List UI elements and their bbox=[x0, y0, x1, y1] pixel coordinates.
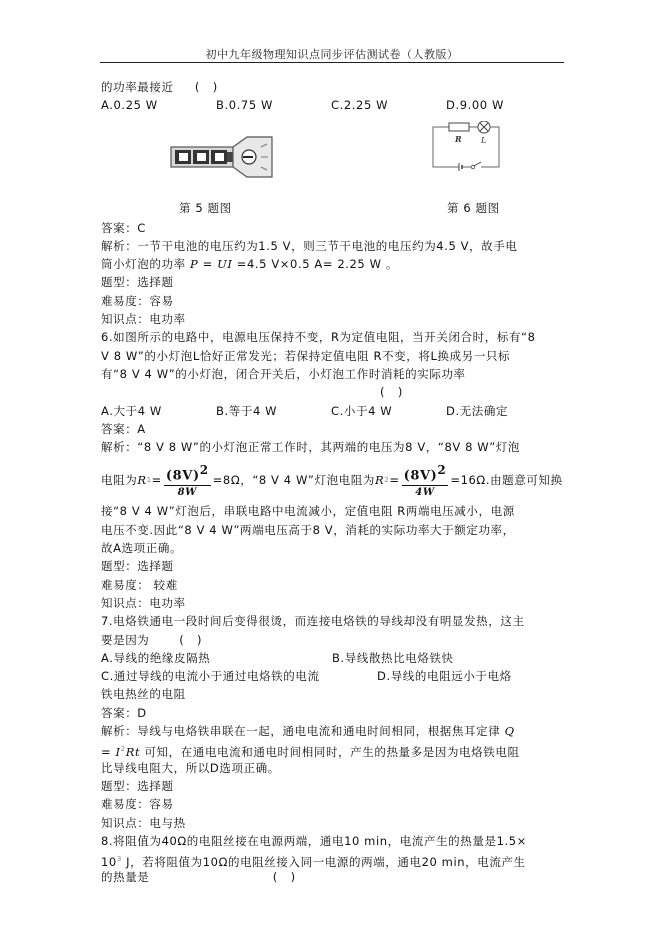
figure-6-caption: 第 6 题图 bbox=[447, 199, 500, 217]
q5-options: A.0.25 W B.0.75 W C.2.25 W D.9.00 W bbox=[101, 96, 563, 114]
fraction-r1: (8V)2 8W bbox=[164, 462, 211, 498]
q5-type: 题型：选择题 bbox=[101, 273, 563, 291]
q5-stem-tail: 的功率最接近 ( ) bbox=[101, 78, 563, 96]
q6-knowledge: 知识点：电功率 bbox=[101, 594, 563, 612]
q8-stem-line-1: 8.将阻值为40Ω的电阻丝接在电源两端，通电10 min，电流产生的热量是1.5… bbox=[101, 832, 563, 850]
q7-answer: 答案：D bbox=[101, 704, 563, 722]
q6-analysis-line-4: 电压不变.因此“8 V 4 W”两端电压高于8 V，消耗的实际功率大于额定功率， bbox=[101, 521, 563, 539]
q5-option-c: C.2.25 W bbox=[331, 96, 446, 114]
q7-options-row-1: A.导线的绝缘皮隔热 B.导线散热比电烙铁快 bbox=[101, 649, 563, 667]
lamp-label: L bbox=[480, 136, 487, 145]
circuit-diagram-icon: R L bbox=[431, 121, 501, 171]
q6-option-d: D.无法确定 bbox=[446, 402, 561, 420]
q7-analysis-line-1: 解析：导线与电烙铁串联在一起，通电电流和通电时间相同，根据焦耳定律 Q bbox=[101, 722, 563, 740]
q7-option-d-continued: 铁电热丝的电阻 bbox=[101, 685, 563, 703]
q6-options: A.大于4 W B.等于4 W C.小于4 W D.无法确定 bbox=[101, 402, 563, 420]
q7-option-c: C.通过导线的电流小于通过电烙铁的电流 bbox=[101, 667, 377, 685]
q7-analysis-line-2: = I2Rt 可知，在通电电流和通电时间相同时，产生的热量多是因为电烙铁电阻 bbox=[101, 740, 563, 758]
page-header-title: 初中九年级物理知识点同步评估测试卷（人教版） bbox=[100, 46, 564, 62]
q6-type: 题型：选择题 bbox=[101, 557, 563, 575]
resistor-label: R bbox=[454, 134, 462, 144]
q6-stem-line-2: V 8 W”的小灯泡L恰好正常发光；若保持定值电阻 R不变，将L换成另一只标 bbox=[101, 347, 563, 365]
q6-stem-line-1: 6.如图所示的电路中，电源电压保持不变，R为定值电阻，当开关闭合时，标有“8 bbox=[101, 328, 563, 346]
q6-answer-paren: ( ) bbox=[101, 383, 563, 401]
q6-resistance-formula: 电阻为 R1 = (8V)2 8W =8Ω，“8 V 4 W”灯泡电阻为 R2 … bbox=[101, 462, 563, 498]
q6-option-a: A.大于4 W bbox=[101, 402, 216, 420]
q7-analysis-line-3: 比导线电阻大，所以D选项正确。 bbox=[101, 759, 563, 777]
q7-difficulty: 难易度：容易 bbox=[101, 795, 563, 813]
q5-option-b: B.0.75 W bbox=[216, 96, 331, 114]
q7-knowledge: 知识点：电与热 bbox=[101, 814, 563, 832]
q5-option-d: D.9.00 W bbox=[446, 96, 561, 114]
q7-option-d: D.导线的电阻远小于电烙 bbox=[377, 667, 512, 685]
q5-option-a: A.0.25 W bbox=[101, 96, 216, 114]
q6-option-b: B.等于4 W bbox=[216, 402, 331, 420]
q5-answer: 答案：C bbox=[101, 219, 563, 237]
q6-option-c: C.小于4 W bbox=[331, 402, 446, 420]
q5-analysis-line-2: 筒小灯泡的功率 P = UI =4.5 V×0.5 A= 2.25 W 。 bbox=[101, 255, 563, 273]
document-body: 的功率最接近 ( ) A.0.25 W B.0.75 W C.2.25 W D.… bbox=[101, 78, 563, 887]
q8-stem-line-2: 103 J，若将阻值为10Ω的电阻丝接入同一电源的两端，通电20 min，电流产… bbox=[101, 850, 563, 868]
q8-stem-line-3: 的热量是 ( ) bbox=[101, 868, 563, 886]
q6-stem-line-3: 有“8 V 4 W”的小灯泡，闭合开关后，小灯泡工作时消耗的实际功率 bbox=[101, 365, 563, 383]
figure-5-caption: 第 5 题图 bbox=[179, 199, 232, 217]
q6-analysis-line-1: 解析：“8 V 8 W”的小灯泡正常工作时，其两端的电压为8 V，“8V 8 W… bbox=[101, 438, 563, 456]
q7-options-row-2: C.通过导线的电流小于通过电烙铁的电流 D.导线的电阻远小于电烙 bbox=[101, 667, 563, 685]
q6-answer: 答案：A bbox=[101, 420, 563, 438]
q6-analysis-line-5: 故A选项正确。 bbox=[101, 539, 563, 557]
q5-difficulty: 难易度：容易 bbox=[101, 292, 563, 310]
header-divider bbox=[100, 62, 564, 63]
q7-option-b: B.导线散热比电烙铁快 bbox=[332, 649, 563, 667]
q6-analysis-line-3: 接“8 V 4 W”灯泡后，串联电路中电流减小，定值电阻 R两端电压减小，电源 bbox=[101, 502, 563, 520]
fraction-r2: (8V)2 4W bbox=[402, 462, 449, 498]
q7-stem-line-1: 7.电烙铁通电一段时间后变得很烫，而连接电烙铁的导线却没有明显发热，这主 bbox=[101, 612, 563, 630]
q7-type: 题型：选择题 bbox=[101, 777, 563, 795]
q5-knowledge: 知识点：电功率 bbox=[101, 310, 563, 328]
q5-analysis-line-1: 解析：一节干电池的电压约为1.5 V，则三节干电池的电压约为4.5 V，故手电 bbox=[101, 237, 563, 255]
figures-row: 第 5 题图 R L 第 6 题图 bbox=[101, 115, 563, 219]
q6-difficulty: 难易度： 较难 bbox=[101, 576, 563, 594]
q7-stem-line-2: 要是因为 ( ) bbox=[101, 631, 563, 649]
flashlight-figure-icon bbox=[169, 135, 274, 179]
q7-option-a: A.导线的绝缘皮隔热 bbox=[101, 649, 332, 667]
